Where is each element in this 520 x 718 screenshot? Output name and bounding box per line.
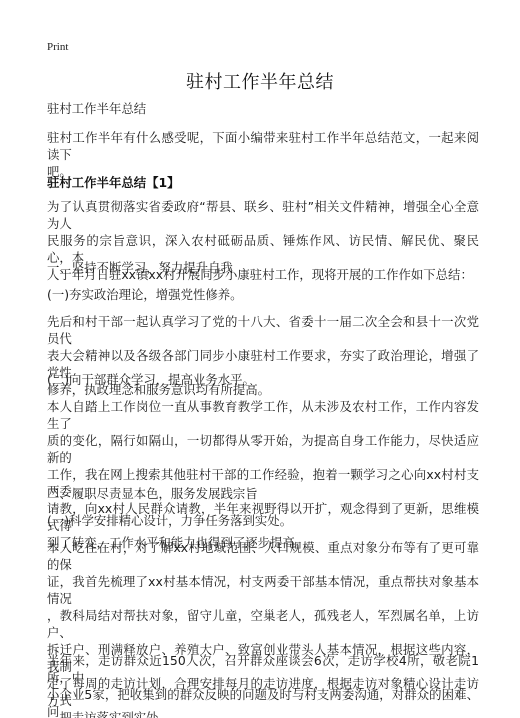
heading-1: 一、坚持不断学习，努力提升自我 <box>47 259 479 276</box>
paragraph-line: 本人吃住在村，对了解xx村地域范围、人口规模、重点对象分布等有了更可靠的保 <box>47 539 479 573</box>
intro-paragraph: 驻村工作半年有什么感受呢，下面小编带来驻村工作半年总结范文，一起来阅读下 吧。 <box>47 129 479 180</box>
paragraph-line: 证，我首先梳理了xx村基本情况，村支两委干部基本情况，重点帮扶对象基本情况 <box>47 573 479 607</box>
paragraph-line: 质的变化，隔行如隔山，一切都得从零开始，为提高自身工作能力，尽快适应新的 <box>47 432 479 466</box>
paragraph-line: 小企业5家，把收集到的群众反映的问题及时与村支两委沟通，对群众的困难、问 <box>47 686 479 718</box>
paragraph-line: ，教科局结对帮扶对象，留守儿童，空巢老人，孤残老人，军烈属名单，上访户、 <box>47 607 479 641</box>
paragraph-line: 先后和村干部一起认真学习了党的十八大、省委十一届二次全会和县十一次党员代 <box>47 313 479 347</box>
print-label: Print <box>47 41 68 53</box>
subheading-1-2: (二)向干部群众学习，提高业务水平。 <box>47 371 479 388</box>
document-subtitle: 驻村工作半年总结 <box>47 100 479 117</box>
section-heading: 驻村工作半年总结【1】 <box>47 174 479 191</box>
subheading-2-1: (一)科学安排精心设计，力争任务落到实处。 <box>47 512 479 529</box>
subheading-1-1: (一)夯实政治理论，增强党性修养。 <box>47 286 479 303</box>
heading-2: 二、履职尽责显本色，服务发展践宗旨 <box>47 485 479 502</box>
paragraph-line: 半年来，走访群众近150人次，召开群众座谈会6次，走访学校4所，敬老院1所，中 <box>47 652 479 686</box>
document-title: 驻村工作半年总结 <box>0 68 520 94</box>
paragraph-line: 本人自踏上工作岗位一直从事教育教学工作，从未涉及农村工作，工作内容发生了 <box>47 398 479 432</box>
paragraph-line: 为了认真贯彻落实省委政府“帮县、联乡、驻村”相关文件精神，增强全心全意为人 <box>47 198 479 232</box>
paragraph-5: 半年来，走访群众近150人次，召开群众座谈会6次，走访学校4所，敬老院1所，中 … <box>47 652 479 718</box>
intro-line: 驻村工作半年有什么感受呢，下面小编带来驻村工作半年总结范文，一起来阅读下 <box>47 129 479 163</box>
